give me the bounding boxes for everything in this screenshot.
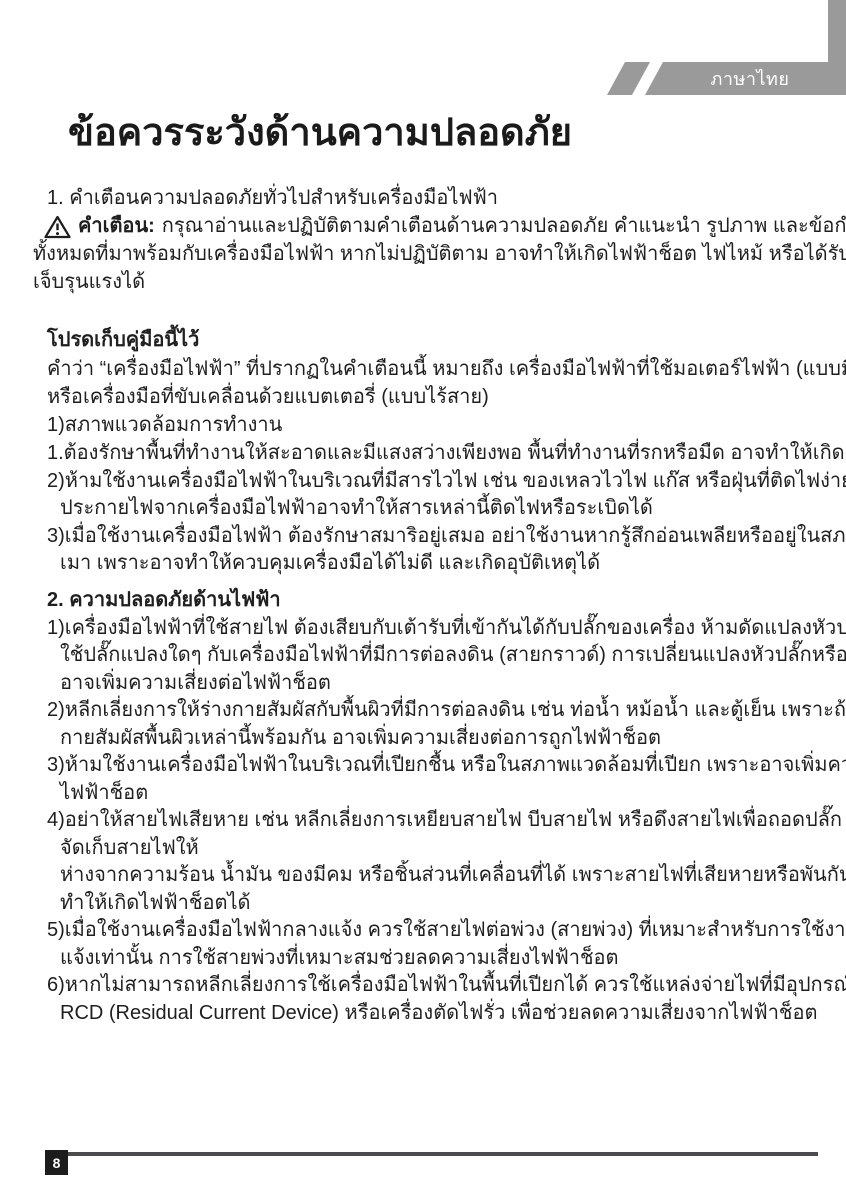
warning-line: คำเตือน: กรุณาอ่านและปฏิบัติตามคำเตือนด้… bbox=[44, 214, 846, 239]
diagonal-stripe bbox=[607, 62, 650, 95]
intro-line: 1. คำเตือนความปลอดภัยทั่วไปสำหรับเครื่อง… bbox=[47, 186, 498, 210]
body-line: คำว่า “เครื่องมือไฟฟ้า” ที่ปรากฏในคำเตือ… bbox=[47, 357, 846, 381]
body-line: 6)หากไม่สามารถหลีกเลี่ยงการใช้เครื่องมือ… bbox=[47, 973, 846, 997]
body-line: 1.ต้องรักษาพื้นที่ทำงานให้สะอาดและมีแสงส… bbox=[47, 441, 846, 465]
intro-line: เจ็บรุนแรงได้ bbox=[33, 270, 145, 294]
footer-rule bbox=[45, 1152, 818, 1156]
language-tab-label: ภาษาไทย bbox=[663, 62, 846, 95]
body-line: 2)ห้ามใช้งานเครื่องมือไฟฟ้าในบริเวณที่มี… bbox=[47, 469, 846, 493]
body-line: 3)ห้ามใช้งานเครื่องมือไฟฟ้าในบริเวณที่เป… bbox=[47, 753, 846, 777]
body-line: 1)เครื่องมือไฟฟ้าที่ใช้สายไฟ ต้องเสียบกั… bbox=[47, 616, 846, 640]
page-title: ข้อควรระวังด้านความปลอดภัย bbox=[68, 101, 572, 162]
body-line: 2)หลีกเลี่ยงการให้ร่างกายสัมผัสกับพื้นผิ… bbox=[47, 698, 846, 722]
body-line: RCD (Residual Current Device) หรือเครื่อ… bbox=[60, 1001, 818, 1025]
warning-text: กรุณาอ่านและปฏิบัติตามคำเตือนด้านความปลอ… bbox=[162, 214, 846, 238]
section-heading-electrical-safety: 2. ความปลอดภัยด้านไฟฟ้า bbox=[47, 588, 281, 612]
intro-line: ทั้งหมดที่มาพร้อมกับเครื่องมือไฟฟ้า หากไ… bbox=[33, 242, 846, 266]
body-line: 3)เมื่อใช้งานเครื่องมือไฟฟ้า ต้องรักษาสม… bbox=[47, 524, 846, 548]
body-line: 1)สภาพแวดล้อมการทำงาน bbox=[47, 413, 282, 437]
warning-label: คำเตือน: bbox=[78, 214, 155, 238]
body-line: ประกายไฟจากเครื่องมือไฟฟ้าอาจทำให้สารเหล… bbox=[60, 496, 653, 520]
body-line: จัดเก็บสายไฟให้ bbox=[60, 836, 199, 860]
page-number: 8 bbox=[53, 1155, 61, 1171]
body-line: กายสัมผัสพื้นผิวเหล่านี้พร้อมกัน อาจเพิ่… bbox=[60, 726, 661, 750]
body-line: ไฟฟ้าช็อต bbox=[60, 781, 148, 805]
body-line: 5)เมื่อใช้งานเครื่องมือไฟฟ้ากลางแจ้ง ควร… bbox=[47, 918, 846, 942]
body-line: หรือเครื่องมือที่ขับเคลื่อนด้วยแบตเตอรี่… bbox=[47, 385, 489, 409]
body-line: เมา เพราะอาจทำให้ควบคุมเครื่องมือได้ไม่ด… bbox=[60, 551, 600, 575]
manual-page: ภาษาไทย ข้อควรระวังด้านความปลอดภัย 1. คำ… bbox=[0, 0, 846, 1200]
body-line: ห่างจากความร้อน น้ำมัน ของมีคม หรือชิ้นส… bbox=[60, 863, 846, 887]
body-line: แจ้งเท่านั้น การใช้สายพ่วงที่เหมาะสมช่วย… bbox=[60, 946, 619, 970]
body-line: ทำให้เกิดไฟฟ้าช็อตได้ bbox=[60, 891, 251, 915]
section-heading-keep-manual: โปรดเก็บคู่มือนี้ไว้ bbox=[47, 328, 199, 352]
body-line: อาจเพิ่มความเสี่ยงต่อไฟฟ้าช็อต bbox=[60, 671, 331, 695]
warning-triangle-icon bbox=[44, 215, 71, 239]
page-number-badge: 8 bbox=[45, 1150, 68, 1175]
body-line: ใช้ปลั๊กแปลงใดๆ กับเครื่องมือไฟฟ้าที่มีก… bbox=[60, 643, 846, 667]
body-line: 4)อย่าให้สายไฟเสียหาย เช่น หลีกเลี่ยงการ… bbox=[47, 808, 846, 832]
